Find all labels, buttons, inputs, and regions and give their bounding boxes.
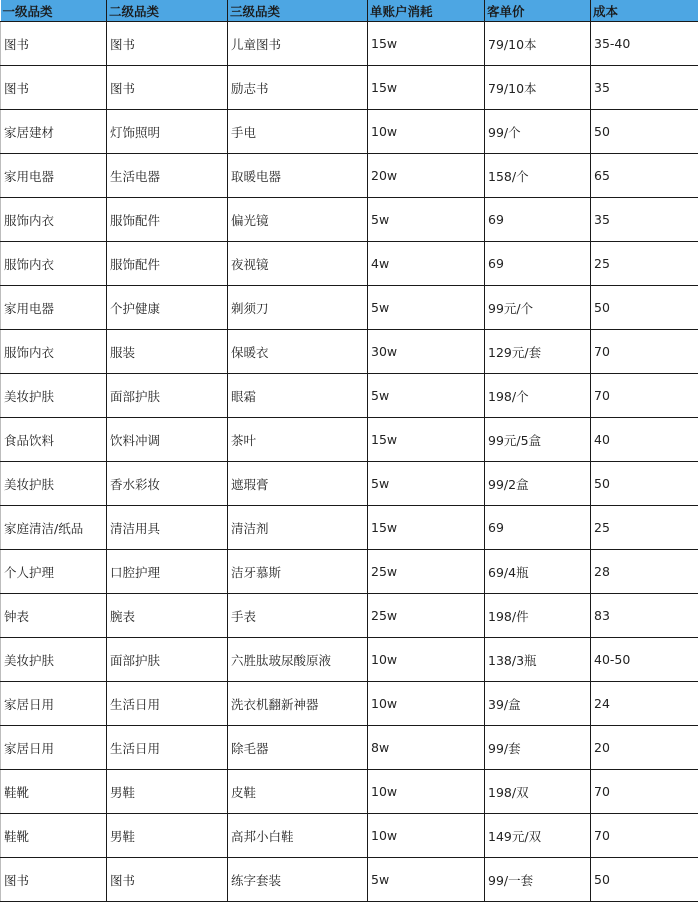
table-row: 鞋靴男鞋高邦小白鞋10w149元/双70 (1, 814, 698, 858)
account-spend-cell[interactable]: 15w (368, 506, 485, 550)
cost-cell[interactable]: 70 (591, 374, 698, 418)
table-row: 服饰内衣服饰配件夜视镜4w6925 (1, 242, 698, 286)
cost-cell[interactable]: 28 (591, 550, 698, 594)
cost-cell[interactable]: 24 (591, 682, 698, 726)
level1-category-cell[interactable]: 服饰内衣 (1, 242, 107, 286)
unit-price-cell[interactable]: 79/10本 (485, 22, 591, 66)
unit-price-cell[interactable]: 69 (485, 198, 591, 242)
level2-category-cell[interactable]: 服装 (107, 330, 228, 374)
level2-category-cell[interactable]: 清洁用具 (107, 506, 228, 550)
level3-category-cell[interactable]: 手电 (228, 110, 368, 154)
unit-price-cell[interactable]: 99/个 (485, 110, 591, 154)
unit-price-cell[interactable]: 99元/5盒 (485, 418, 591, 462)
account-spend-cell[interactable]: 15w (368, 66, 485, 110)
account-spend-cell[interactable]: 5w (368, 374, 485, 418)
cost-cell[interactable]: 70 (591, 770, 698, 814)
cost-cell[interactable]: 70 (591, 330, 698, 374)
cost-cell[interactable]: 40-50 (591, 638, 698, 682)
unit-price-cell[interactable]: 79/10本 (485, 66, 591, 110)
level2-category-cell[interactable]: 饮料冲调 (107, 418, 228, 462)
table-row: 服饰内衣服装保暖衣30w129元/套70 (1, 330, 698, 374)
cost-cell[interactable]: 20 (591, 726, 698, 770)
level1-category-cell[interactable]: 家用电器 (1, 154, 107, 198)
cost-cell[interactable]: 25 (591, 242, 698, 286)
level2-category-cell[interactable]: 腕表 (107, 594, 228, 638)
level3-category-cell[interactable]: 遮瑕膏 (228, 462, 368, 506)
table-row: 个人护理口腔护理洁牙慕斯25w69/4瓶28 (1, 550, 698, 594)
level1-category-cell[interactable]: 家居建材 (1, 110, 107, 154)
cost-cell[interactable]: 40 (591, 418, 698, 462)
level3-category-cell[interactable]: 清洁剂 (228, 506, 368, 550)
level3-category-cell[interactable]: 练字套装 (228, 858, 368, 902)
cost-cell[interactable]: 65 (591, 154, 698, 198)
level3-category-cell[interactable]: 偏光镜 (228, 198, 368, 242)
level1-category-cell[interactable]: 食品饮料 (1, 418, 107, 462)
table-row: 服饰内衣服饰配件偏光镜5w6935 (1, 198, 698, 242)
level3-category-cell[interactable]: 保暖衣 (228, 330, 368, 374)
table-row: 家居日用生活日用洗衣机翻新神器10w39/盒24 (1, 682, 698, 726)
level2-category-cell[interactable]: 香水彩妆 (107, 462, 228, 506)
level3-category-cell[interactable]: 洁牙慕斯 (228, 550, 368, 594)
level2-category-cell[interactable]: 服饰配件 (107, 242, 228, 286)
unit-price-cell[interactable]: 99元/个 (485, 286, 591, 330)
level2-category-cell[interactable]: 个护健康 (107, 286, 228, 330)
level1-category-cell[interactable]: 家居日用 (1, 682, 107, 726)
level3-category-cell[interactable]: 除毛器 (228, 726, 368, 770)
level2-category-cell[interactable]: 服饰配件 (107, 198, 228, 242)
cost-cell[interactable]: 83 (591, 594, 698, 638)
unit-price-cell[interactable]: 99/2盒 (485, 462, 591, 506)
level3-category-cell[interactable]: 夜视镜 (228, 242, 368, 286)
account-spend-cell[interactable]: 5w (368, 198, 485, 242)
level3-category-cell[interactable]: 剃须刀 (228, 286, 368, 330)
cost-cell[interactable]: 35 (591, 198, 698, 242)
table-row: 美妆护肤香水彩妆遮瑕膏5w99/2盒50 (1, 462, 698, 506)
account-spend-cell[interactable]: 4w (368, 242, 485, 286)
level2-category-cell[interactable]: 灯饰照明 (107, 110, 228, 154)
level2-category-cell[interactable]: 生活电器 (107, 154, 228, 198)
unit-price-cell[interactable]: 158/个 (485, 154, 591, 198)
table-row: 图书图书儿童图书15w79/10本35-40 (1, 22, 698, 66)
level3-category-cell[interactable]: 儿童图书 (228, 22, 368, 66)
cost-cell[interactable]: 50 (591, 286, 698, 330)
level2-category-cell[interactable]: 面部护肤 (107, 374, 228, 418)
unit-price-cell[interactable]: 69/4瓶 (485, 550, 591, 594)
table-row: 鞋靴男鞋皮鞋10w198/双70 (1, 770, 698, 814)
cost-cell[interactable]: 50 (591, 110, 698, 154)
level2-category-cell[interactable]: 男鞋 (107, 770, 228, 814)
unit-price-cell[interactable]: 149元/双 (485, 814, 591, 858)
level3-category-cell[interactable]: 手表 (228, 594, 368, 638)
level3-category-cell[interactable]: 取暖电器 (228, 154, 368, 198)
account-spend-cell[interactable]: 25w (368, 550, 485, 594)
level1-category-cell[interactable]: 鞋靴 (1, 770, 107, 814)
level1-category-cell[interactable]: 家居日用 (1, 726, 107, 770)
account-spend-cell[interactable]: 25w (368, 594, 485, 638)
level1-category-cell[interactable]: 钟表 (1, 594, 107, 638)
unit-price-cell[interactable]: 198/件 (485, 594, 591, 638)
cost-cell[interactable]: 35 (591, 66, 698, 110)
table-row: 图书图书励志书15w79/10本35 (1, 66, 698, 110)
account-spend-cell[interactable]: 10w (368, 814, 485, 858)
level1-category-cell[interactable]: 服饰内衣 (1, 330, 107, 374)
level1-category-cell[interactable]: 鞋靴 (1, 814, 107, 858)
level1-category-cell[interactable]: 图书 (1, 858, 107, 902)
level3-category-cell[interactable]: 洗衣机翻新神器 (228, 682, 368, 726)
level2-category-cell[interactable]: 生活日用 (107, 726, 228, 770)
level3-category-cell[interactable]: 眼霜 (228, 374, 368, 418)
level3-category-cell[interactable]: 皮鞋 (228, 770, 368, 814)
table-row: 美妆护肤面部护肤六胜肽玻尿酸原液10w138/3瓶40-50 (1, 638, 698, 682)
unit-price-cell[interactable]: 198/双 (485, 770, 591, 814)
level3-category-cell[interactable]: 六胜肽玻尿酸原液 (228, 638, 368, 682)
table-body: 图书图书儿童图书15w79/10本35-40图书图书励志书15w79/10本35… (1, 22, 698, 902)
column-header-unit-price[interactable]: 客单价 (485, 0, 591, 22)
column-header-level1-category[interactable]: 一级品类 (1, 0, 107, 22)
level2-category-cell[interactable]: 图书 (107, 22, 228, 66)
table-row: 美妆护肤面部护肤眼霜5w198/个70 (1, 374, 698, 418)
account-spend-cell[interactable]: 15w (368, 22, 485, 66)
unit-price-cell[interactable]: 99/一套 (485, 858, 591, 902)
account-spend-cell[interactable]: 10w (368, 638, 485, 682)
unit-price-cell[interactable]: 69 (485, 506, 591, 550)
account-spend-cell[interactable]: 15w (368, 418, 485, 462)
level2-category-cell[interactable]: 图书 (107, 66, 228, 110)
column-header-cost[interactable]: 成本 (591, 0, 698, 22)
cost-cell[interactable]: 50 (591, 858, 698, 902)
cost-cell[interactable]: 70 (591, 814, 698, 858)
product-category-table: 一级品类 二级品类 三级品类 单账户消耗 客单价 成本 图书图书儿童图书15w7… (0, 0, 698, 902)
unit-price-cell[interactable]: 39/盒 (485, 682, 591, 726)
column-header-level3-category[interactable]: 三级品类 (228, 0, 368, 22)
table-row: 家用电器生活电器取暖电器20w158/个65 (1, 154, 698, 198)
cost-cell[interactable]: 35-40 (591, 22, 698, 66)
level2-category-cell[interactable]: 生活日用 (107, 682, 228, 726)
unit-price-cell[interactable]: 69 (485, 242, 591, 286)
column-header-level2-category[interactable]: 二级品类 (107, 0, 228, 22)
level2-category-cell[interactable]: 口腔护理 (107, 550, 228, 594)
table-row: 家居建材灯饰照明手电10w99/个50 (1, 110, 698, 154)
account-spend-cell[interactable]: 5w (368, 858, 485, 902)
level2-category-cell[interactable]: 图书 (107, 858, 228, 902)
level3-category-cell[interactable]: 茶叶 (228, 418, 368, 462)
level1-category-cell[interactable]: 个人护理 (1, 550, 107, 594)
table-row: 家庭清洁/纸品清洁用具清洁剂15w6925 (1, 506, 698, 550)
header-row: 一级品类 二级品类 三级品类 单账户消耗 客单价 成本 (1, 0, 698, 22)
account-spend-cell[interactable]: 20w (368, 154, 485, 198)
table-row: 钟表腕表手表25w198/件83 (1, 594, 698, 638)
unit-price-cell[interactable]: 198/个 (485, 374, 591, 418)
column-header-account-spend[interactable]: 单账户消耗 (368, 0, 485, 22)
account-spend-cell[interactable]: 10w (368, 770, 485, 814)
account-spend-cell[interactable]: 30w (368, 330, 485, 374)
account-spend-cell[interactable]: 5w (368, 462, 485, 506)
level1-category-cell[interactable]: 家庭清洁/纸品 (1, 506, 107, 550)
unit-price-cell[interactable]: 129元/套 (485, 330, 591, 374)
table-row: 图书图书练字套装5w99/一套50 (1, 858, 698, 902)
cost-cell[interactable]: 50 (591, 462, 698, 506)
level3-category-cell[interactable]: 励志书 (228, 66, 368, 110)
level1-category-cell[interactable]: 美妆护肤 (1, 638, 107, 682)
level3-category-cell[interactable]: 高邦小白鞋 (228, 814, 368, 858)
account-spend-cell[interactable]: 5w (368, 286, 485, 330)
account-spend-cell[interactable]: 10w (368, 110, 485, 154)
account-spend-cell[interactable]: 8w (368, 726, 485, 770)
level2-category-cell[interactable]: 男鞋 (107, 814, 228, 858)
unit-price-cell[interactable]: 99/套 (485, 726, 591, 770)
unit-price-cell[interactable]: 138/3瓶 (485, 638, 591, 682)
cost-cell[interactable]: 25 (591, 506, 698, 550)
account-spend-cell[interactable]: 10w (368, 682, 485, 726)
table-row: 家用电器个护健康剃须刀5w99元/个50 (1, 286, 698, 330)
table-row: 家居日用生活日用除毛器8w99/套20 (1, 726, 698, 770)
level1-category-cell[interactable]: 美妆护肤 (1, 462, 107, 506)
level1-category-cell[interactable]: 图书 (1, 22, 107, 66)
level1-category-cell[interactable]: 家用电器 (1, 286, 107, 330)
level1-category-cell[interactable]: 服饰内衣 (1, 198, 107, 242)
level2-category-cell[interactable]: 面部护肤 (107, 638, 228, 682)
level1-category-cell[interactable]: 图书 (1, 66, 107, 110)
level1-category-cell[interactable]: 美妆护肤 (1, 374, 107, 418)
table-row: 食品饮料饮料冲调茶叶15w99元/5盒40 (1, 418, 698, 462)
